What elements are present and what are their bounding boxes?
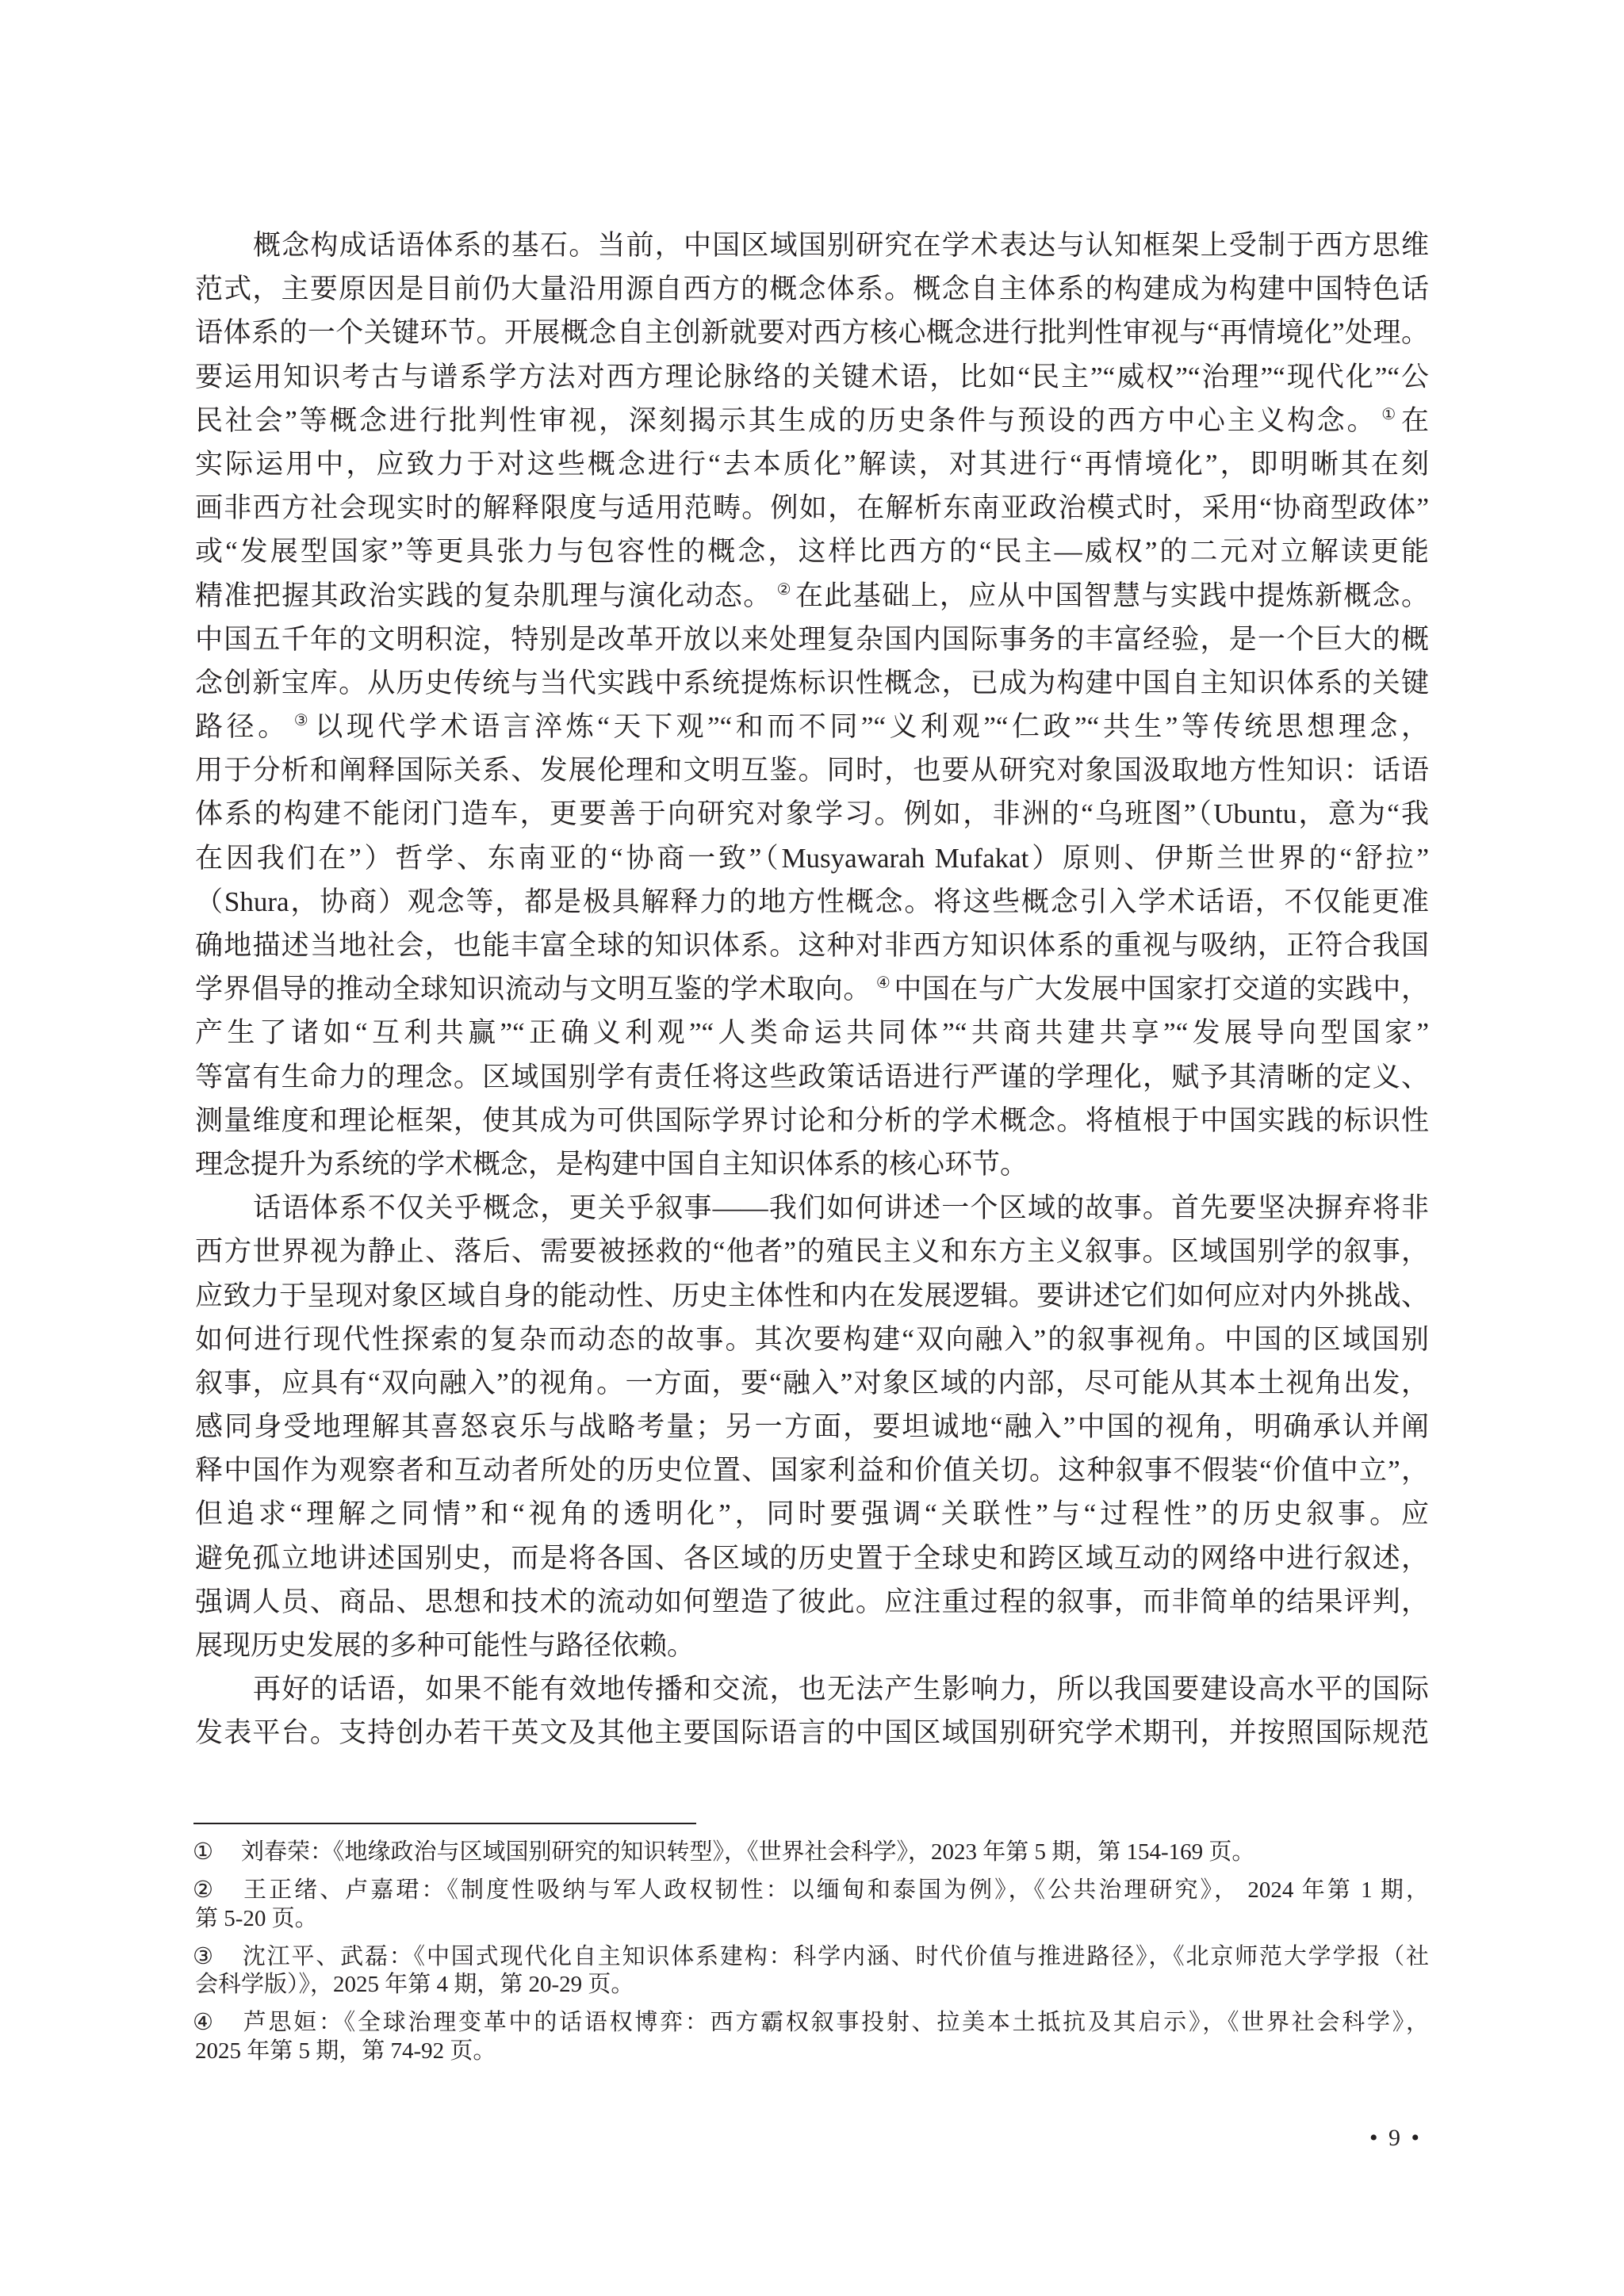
footnote-line: 2025 年第 5 期，第 74-92 页。 — [195, 2038, 1429, 2066]
footnotes: ①刘春荣：《地缘政治与区域国别研究的知识转型》，《世界社会科学》，2023 年第… — [195, 1839, 1429, 2065]
footnote-marker: ③ — [193, 1943, 241, 1972]
body-line: 西方世界视为静止、落后、需要被拯救的“他者”的殖民主义和东方主义叙事。区域国别学… — [195, 1230, 1429, 1273]
line-text: 在 — [1401, 405, 1429, 436]
footnote-3: ③沈江平、武磊：《中国式现代化自主知识体系建构：科学内涵、时代价值与推进路径》，… — [195, 1943, 1429, 1999]
body-line: 话语体系不仅关乎概念，更关乎叙事——我们如何讲述一个区域的故事。首先要坚决摒弃将… — [195, 1186, 1429, 1230]
body-line: 产生了诸如“互利共赢”“正确义利观”“人类命运共同体”“共商共建共享”“发展导向… — [195, 1011, 1429, 1054]
body-line: 理念提升为系统的学术概念，是构建中国自主知识体系的核心环节。 — [195, 1142, 1429, 1186]
footnote-line: 第 5-20 页。 — [195, 1905, 1429, 1934]
body-line: 再好的话语，如果不能有效地传播和交流，也无法产生影响力，所以我国要建设高水平的国… — [195, 1667, 1429, 1711]
body-line: 但追求“理解之同情”和“视角的透明化”，同时要强调“关联性”与“过程性”的历史叙… — [195, 1492, 1429, 1536]
body-line: 民社会”等概念进行批判性审视，深刻揭示其生成的历史条件与预设的西方中心主义构念。… — [195, 399, 1429, 442]
footnote-ref-4: ④ — [876, 974, 891, 992]
footnote-line: 会科学版）》，2025 年第 4 期，第 20-29 页。 — [195, 1971, 1429, 1999]
paragraph-platforms: 再好的话语，如果不能有效地传播和交流，也无法产生影响力，所以我国要建设高水平的国… — [195, 1667, 1429, 1755]
footnote-ref-3: ③ — [294, 712, 312, 729]
paragraph-concepts: 概念构成话语体系的基石。当前，中国区域国别研究在学术表达与认知框架上受制于西方思… — [195, 224, 1429, 1186]
body-line: 强调人员、商品、思想和技术的流动如何塑造了彼此。应注重过程的叙事，而非简单的结果… — [195, 1580, 1429, 1624]
footnote-separator — [193, 1823, 696, 1824]
body-text: 概念构成话语体系的基石。当前，中国区域国别研究在学术表达与认知框架上受制于西方思… — [195, 224, 1429, 1755]
body-line: 发表平台。支持创办若干英文及其他主要国际语言的中国区域国别研究学术期刊，并按照国… — [195, 1711, 1429, 1755]
body-line: 避免孤立地讲述国别史，而是将各国、各区域的历史置于全球史和跨区域互动的网络中进行… — [195, 1536, 1429, 1580]
body-line: 感同身受地理解其喜怒哀乐与战略考量；另一方面，要坦诚地“融入”中国的视角，明确承… — [195, 1405, 1429, 1448]
footnote-line: ④芦思姮：《全球治理变革中的话语权博弈：西方霸权叙事投射、拉美本土抵抗及其启示》… — [195, 2009, 1429, 2038]
body-line: 要运用知识考古与谱系学方法对西方理论脉络的关键术语，比如“民主”“威权”“治理”… — [195, 355, 1429, 399]
body-line: 或“发展型国家”等更具张力与包容性的概念，这样比西方的“民主—威权”的二元对立解… — [195, 530, 1429, 573]
footnote-marker: ④ — [193, 2009, 241, 2038]
page-number: • 9 • — [1369, 2124, 1419, 2152]
line-text: 中国在与广大发展中国家打交道的实践中， — [894, 974, 1429, 1004]
line-text: 学界倡导的推动全球知识流动与文明互鉴的学术取向。 — [195, 974, 871, 1004]
footnote-line: ②王正绪、卢嘉珺：《制度性吸纳与军人政权韧性：以缅甸和泰国为例》，《公共治理研究… — [195, 1877, 1429, 1905]
body-line: 路径。③以现代学术语言淬炼“天下观”“和而不同”“义利观”“仁政”“共生”等传统… — [195, 705, 1429, 748]
body-line: 释中国作为观察者和互动者所处的历史位置、国家利益和价值关切。这种叙事不假装“价值… — [195, 1448, 1429, 1492]
body-line: 概念构成话语体系的基石。当前，中国区域国别研究在学术表达与认知框架上受制于西方思… — [195, 224, 1429, 267]
footnote-1: ①刘春荣：《地缘政治与区域国别研究的知识转型》，《世界社会科学》，2023 年第… — [195, 1839, 1429, 1867]
body-line: 精准把握其政治实践的复杂肌理与演化动态。②在此基础上，应从中国智慧与实践中提炼新… — [195, 574, 1429, 618]
footnote-marker: ② — [193, 1877, 241, 1905]
footnote-ref-1: ① — [1381, 406, 1398, 423]
footnote-4: ④芦思姮：《全球治理变革中的话语权博弈：西方霸权叙事投射、拉美本土抵抗及其启示》… — [195, 2009, 1429, 2065]
footnote-line: ①刘春荣：《地缘政治与区域国别研究的知识转型》，《世界社会科学》，2023 年第… — [195, 1839, 1429, 1867]
body-line: 念创新宝库。从历史传统与当代实践中系统提炼标识性概念，已成为构建中国自主知识体系… — [195, 661, 1429, 705]
footnote-ref-2: ② — [777, 581, 792, 599]
body-line: 用于分析和阐释国际关系、发展伦理和文明互鉴。同时，也要从研究对象国汲取地方性知识… — [195, 748, 1429, 792]
body-line: 体系的构建不能闭门造车，更要善于向研究对象学习。例如，非洲的“乌班图”（Ubun… — [195, 792, 1429, 836]
line-text: 路径。 — [195, 711, 289, 742]
footnote-text: 芦思姮：《全球治理变革中的话语权博弈：西方霸权叙事投射、拉美本土抵抗及其启示》，… — [241, 2010, 1429, 2035]
body-line: 实际运用中，应致力于对这些概念进行“去本质化”解读，对其进行“再情境化”，即明晰… — [195, 442, 1429, 486]
footnote-marker: ① — [193, 1839, 241, 1867]
body-line: 画非西方社会现实时的解释限度与适用范畴。例如，在解析东南亚政治模式时，采用“协商… — [195, 486, 1429, 530]
document-page: 概念构成话语体系的基石。当前，中国区域国别研究在学术表达与认知框架上受制于西方思… — [0, 0, 1624, 2296]
body-line: 测量维度和理论框架，使其成为可供国际学界讨论和分析的学术概念。将植根于中国实践的… — [195, 1099, 1429, 1142]
body-line: 确地描述当地社会，也能丰富全球的知识体系。这种对非西方知识体系的重视与吸纳，正符… — [195, 924, 1429, 967]
body-line: 展现历史发展的多种可能性与路径依赖。 — [195, 1624, 1429, 1667]
paragraph-narrative: 话语体系不仅关乎概念，更关乎叙事——我们如何讲述一个区域的故事。首先要坚决摒弃将… — [195, 1186, 1429, 1667]
footnote-text: 刘春荣：《地缘政治与区域国别研究的知识转型》，《世界社会科学》，2023 年第 … — [241, 1839, 1254, 1865]
body-line: 范式，主要原因是目前仍大量沿用源自西方的概念体系。概念自主体系的构建成为构建中国… — [195, 267, 1429, 311]
body-line: 叙事，应具有“双向融入”的视角。一方面，要“融入”对象区域的内部，尽可能从其本土… — [195, 1361, 1429, 1405]
body-line: 语体系的一个关键环节。开展概念自主创新就要对西方核心概念进行批判性审视与“再情境… — [195, 311, 1429, 354]
footnote-text: 沈江平、武磊：《中国式现代化自主知识体系建构：科学内涵、时代价值与推进路径》，《… — [241, 1944, 1429, 1969]
body-line: 应致力于呈现对象区域自身的能动性、历史主体性和内在发展逻辑。要讲述它们如何应对内… — [195, 1274, 1429, 1318]
line-text: 以现代学术语言淬炼“天下观”“和而不同”“义利观”“仁政”“共生”等传统思想理念… — [315, 711, 1429, 742]
body-line: 等富有生命力的理念。区域国别学有责任将这些政策话语进行严谨的学理化，赋予其清晰的… — [195, 1055, 1429, 1099]
footnote-text: 王正绪、卢嘉珺：《制度性吸纳与军人政权韧性：以缅甸和泰国为例》，《公共治理研究》… — [241, 1877, 1429, 1903]
line-text: 民社会”等概念进行批判性审视，深刻揭示其生成的历史条件与预设的西方中心主义构念。 — [195, 405, 1377, 436]
footnote-line: ③沈江平、武磊：《中国式现代化自主知识体系建构：科学内涵、时代价值与推进路径》，… — [195, 1943, 1429, 1972]
footnote-2: ②王正绪、卢嘉珺：《制度性吸纳与军人政权韧性：以缅甸和泰国为例》，《公共治理研究… — [195, 1877, 1429, 1933]
body-line: （Shura，协商）观念等，都是极具解释力的地方性概念。将这些概念引入学术话语，… — [195, 880, 1429, 924]
body-line: 学界倡导的推动全球知识流动与文明互鉴的学术取向。④中国在与广大发展中国家打交道的… — [195, 967, 1429, 1011]
line-text: 精准把握其政治实践的复杂肌理与演化动态。 — [195, 580, 772, 611]
body-line: 在因我们在”）哲学、东南亚的“协商一致”（Musyawarah Mufakat）… — [195, 836, 1429, 880]
body-line: 如何进行现代性探索的复杂而动态的故事。其次要构建“双向融入”的叙事视角。中国的区… — [195, 1318, 1429, 1361]
body-line: 中国五千年的文明积淀，特别是改革开放以来处理复杂国内国际事务的丰富经验，是一个巨… — [195, 618, 1429, 661]
line-text: 在此基础上，应从中国智慧与实践中提炼新概念。 — [795, 580, 1429, 611]
